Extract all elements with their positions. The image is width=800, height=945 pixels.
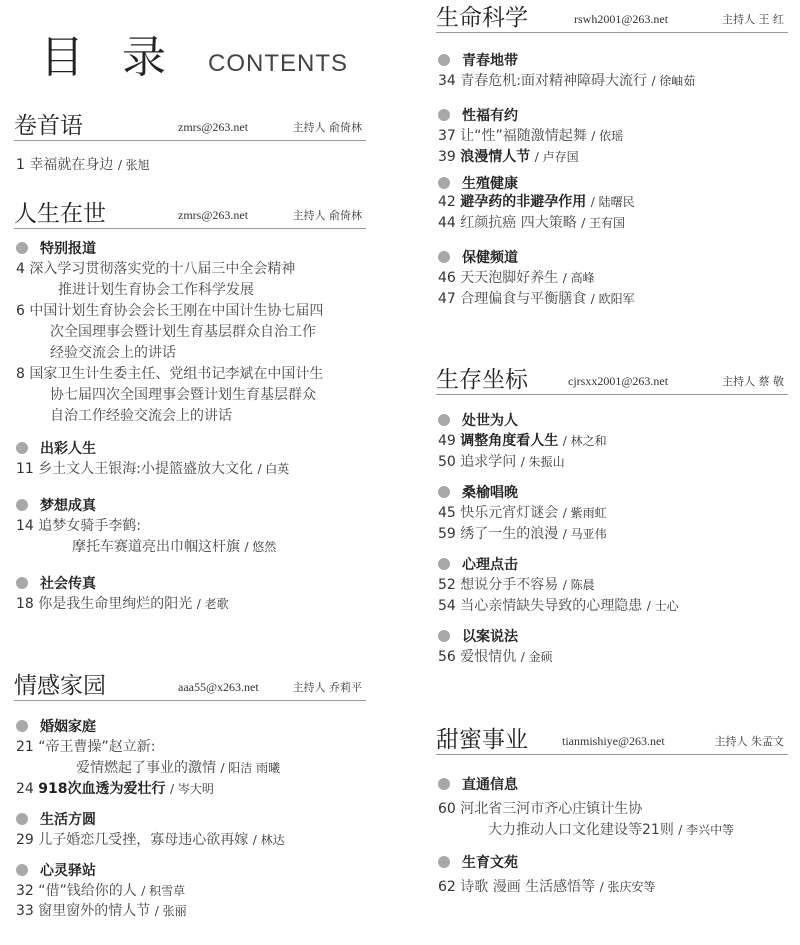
category-header: 处世为人 — [436, 409, 788, 431]
bullet-icon — [438, 414, 450, 426]
category-header: 社会传真 — [14, 572, 366, 594]
toc-entry[interactable]: 60 河北省三河市齐心庄镇计生协 — [436, 799, 788, 820]
section-header: 生存坐标 cjrsxx2001@263.net 主持人 蔡 敬 — [436, 358, 788, 395]
toc-entry[interactable]: 49 调整角度看人生 / 林之和 — [436, 431, 788, 452]
section-header: 生命科学 rswh2001@263.net 主持人 王 红 — [436, 0, 788, 33]
toc-entry[interactable]: 52 想说分手不容易 / 陈晨 — [436, 575, 788, 596]
section-title: 卷首语 — [14, 115, 164, 138]
toc-entry-continued[interactable]: 自治工作经验交流会上的讲话 — [14, 406, 366, 427]
category-header: 性福有约 — [436, 104, 788, 126]
bullet-icon — [438, 778, 450, 790]
toc-entry[interactable]: 50 追求学问 / 朱振山 — [436, 452, 788, 473]
toc-entry[interactable]: 59 绣了一生的浪漫 / 马亚伟 — [436, 524, 788, 545]
bullet-icon — [16, 864, 28, 876]
category-header: 梦想成真 — [14, 494, 366, 516]
section-header: 卷首语 zmrs@263.net 主持人 俞倚林 — [14, 104, 366, 141]
section-host: 主持人 蔡 敬 — [722, 373, 788, 392]
bullet-icon — [438, 177, 450, 189]
category-header: 保健频道 — [436, 246, 788, 268]
section-tianmishiye: 甜蜜事业 tianmishiye@263.net 主持人 朱孟文 直通信息 60… — [436, 718, 788, 898]
toc-entry[interactable]: 56 爱恨情仇 / 金硕 — [436, 647, 788, 668]
bullet-icon — [438, 856, 450, 868]
category-header: 以案说法 — [436, 625, 788, 647]
toc-entry-continued[interactable]: 大力推动人口文化建设等21则 / 李兴中等 — [436, 820, 788, 841]
category-header: 婚姻家庭 — [14, 715, 366, 737]
toc-entry[interactable]: 34 青春危机:面对精神障碍大流行 / 徐岫茹 — [436, 71, 788, 92]
bullet-icon — [438, 109, 450, 121]
toc-entry[interactable]: 6 中国计划生育协会会长王刚在中国计生协七届四 — [14, 301, 366, 322]
toc-entry-continued[interactable]: 推进计划生育协会工作科学发展 — [14, 280, 366, 301]
toc-entry[interactable]: 42 避孕药的非避孕作用 / 陆曙民 — [436, 192, 788, 213]
toc-entry-continued[interactable]: 摩托车赛道亮出巾帼这杆旗 / 悠然 — [14, 537, 366, 558]
category-header: 特别报道 — [14, 237, 366, 259]
bullet-icon — [438, 251, 450, 263]
section-header: 人生在世 zmrs@263.net 主持人 俞倚林 — [14, 192, 366, 229]
section-email[interactable]: tianmishiye@263.net — [562, 734, 665, 752]
title-en: CONTENTS — [208, 52, 348, 80]
category-header: 桑榆唱晚 — [436, 481, 788, 503]
toc-entry[interactable]: 11 乡土文人王银海:小提篮盛放大文化 / 白英 — [14, 459, 366, 480]
toc-entry-continued[interactable]: 经验交流会上的讲话 — [14, 343, 366, 364]
toc-entry-continued[interactable]: 爱情燃起了事业的激情 / 阳洁 雨曦 — [14, 758, 366, 779]
bullet-icon — [16, 242, 28, 254]
category-header: 心灵驿站 — [14, 859, 366, 881]
section-renshengzaishi: 人生在世 zmrs@263.net 主持人 俞倚林 特别报道 4 深入学习贯彻落… — [14, 192, 366, 615]
section-email[interactable]: zmrs@263.net — [178, 208, 248, 226]
section-header: 甜蜜事业 tianmishiye@263.net 主持人 朱孟文 — [436, 718, 788, 755]
category-header: 生殖健康 — [436, 174, 788, 192]
toc-entry[interactable]: 47 合理偏食与平衡膳食 / 欧阳军 — [436, 289, 788, 310]
section-title: 情感家园 — [14, 675, 164, 698]
toc-entry[interactable]: 4 深入学习贯彻落实党的十八届三中全会精神 — [14, 259, 366, 280]
section-email[interactable]: aaa55@x263.net — [178, 680, 259, 698]
bullet-icon — [16, 813, 28, 825]
toc-entry[interactable]: 1 幸福就在身边 / 张旭 — [14, 155, 366, 176]
bullet-icon — [16, 577, 28, 589]
toc-entry-continued[interactable]: 次全国理事会暨计划生育基层群众自治工作 — [14, 322, 366, 343]
section-title: 人生在世 — [14, 203, 164, 226]
toc-entry[interactable]: 24 918次血透为爱壮行 / 岑大明 — [14, 779, 366, 800]
toc-entry[interactable]: 45 快乐元宵灯谜会 / 紫雨虹 — [436, 503, 788, 524]
category-header: 出彩人生 — [14, 437, 366, 459]
category-header: 生活方圆 — [14, 808, 366, 830]
section-host: 主持人 朱孟文 — [715, 733, 789, 752]
bullet-icon — [438, 558, 450, 570]
category-header: 青春地带 — [436, 49, 788, 71]
toc-entry[interactable]: 8 国家卫生计生委主任、党组书记李斌在中国计生 — [14, 364, 366, 385]
toc-entry[interactable]: 39 浪漫情人节 / 卢存国 — [436, 147, 788, 168]
toc-entry[interactable]: 32 “借”钱给你的人 / 积雪草 — [14, 881, 366, 902]
section-title: 生存坐标 — [436, 369, 554, 392]
toc-entry-continued[interactable]: 协七届四次全国理事会暨计划生育基层群众 — [14, 385, 366, 406]
bullet-icon — [438, 54, 450, 66]
section-email[interactable]: rswh2001@263.net — [574, 12, 668, 30]
toc-entry[interactable]: 33 窗里窗外的情人节 / 张丽 — [14, 902, 366, 920]
toc-entry[interactable]: 62 诗歌 漫画 生活感悟等 / 张庆安等 — [436, 877, 788, 898]
bullet-icon — [16, 499, 28, 511]
section-juanshouyu: 卷首语 zmrs@263.net 主持人 俞倚林 1 幸福就在身边 / 张旭 — [14, 104, 366, 176]
section-header: 情感家园 aaa55@x263.net 主持人 乔莉平 — [14, 664, 366, 701]
toc-entry[interactable]: 18 你是我生命里绚烂的阳光 / 老歌 — [14, 594, 366, 615]
bullet-icon — [16, 442, 28, 454]
section-shengcunzuobiao: 生存坐标 cjrsxx2001@263.net 主持人 蔡 敬 处世为人 49 … — [436, 358, 788, 668]
section-email[interactable]: zmrs@263.net — [178, 120, 248, 138]
toc-entry[interactable]: 29 儿子婚恋几受挫，寡母违心欲再嫁 / 林达 — [14, 830, 366, 851]
section-host: 主持人 俞倚林 — [293, 119, 367, 138]
toc-entry[interactable]: 46 天天泡脚好养生 / 高峰 — [436, 268, 788, 289]
category-header: 生育文苑 — [436, 851, 788, 873]
category-header: 直通信息 — [436, 773, 788, 795]
section-host: 主持人 乔莉平 — [293, 679, 367, 698]
bullet-icon — [16, 720, 28, 732]
section-shengmingkexue: 生命科学 rswh2001@263.net 主持人 王 红 青春地带 34 青春… — [436, 0, 788, 310]
section-title: 甜蜜事业 — [436, 729, 548, 752]
toc-entry[interactable]: 54 当心亲情缺失导致的心理隐患 / 士心 — [436, 596, 788, 617]
contents-title: 目录 CONTENTS — [40, 20, 348, 80]
toc-entry[interactable]: 44 红颜抗癌 四大策略 / 王有国 — [436, 213, 788, 234]
toc-entry[interactable]: 14 追梦女骑手李鹤: — [14, 516, 366, 537]
section-qingganjiayuan: 情感家园 aaa55@x263.net 主持人 乔莉平 婚姻家庭 21 “帝王曹… — [14, 664, 366, 920]
section-title: 生命科学 — [436, 7, 560, 30]
bullet-icon — [438, 630, 450, 642]
bullet-icon — [438, 486, 450, 498]
section-host: 主持人 王 红 — [722, 11, 788, 30]
section-email[interactable]: cjrsxx2001@263.net — [568, 374, 668, 392]
category-header: 心理点击 — [436, 553, 788, 575]
title-cn: 目录 — [40, 36, 204, 80]
toc-entry[interactable]: 37 让“性”福随激情起舞 / 依瑶 — [436, 126, 788, 147]
toc-entry[interactable]: 21 “帝王曹操”赵立新: — [14, 737, 366, 758]
section-host: 主持人 俞倚林 — [293, 207, 367, 226]
